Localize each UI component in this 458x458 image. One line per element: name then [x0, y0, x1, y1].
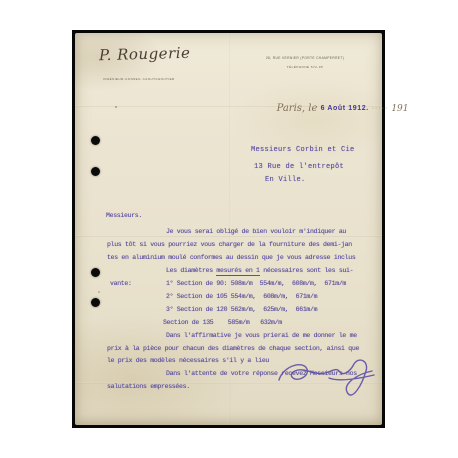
section-line: Section de 135 585m/m 632m/m — [163, 319, 282, 326]
section-line: 1° Section de 90: 508m/m 554m/m, 608m/m,… — [166, 280, 346, 287]
date-dots: ····· — [369, 105, 392, 112]
greeting: Messieurs. — [106, 212, 142, 219]
photo-of-letter: P. Rougerie INGÉNIEUR-CONSEIL CAOUTCHOUT… — [0, 0, 458, 458]
recipient-line: En Ville. — [265, 176, 306, 184]
letter-paper: P. Rougerie INGÉNIEUR-CONSEIL CAOUTCHOUT… — [75, 33, 382, 425]
punch-hole — [91, 167, 100, 176]
date-prefix: Paris, le — [277, 103, 321, 114]
section-line: 2° Section de 105 554m/m, 608m/m, 671m/m — [166, 293, 317, 300]
recipient-line: Messieurs Corbin et Cie — [251, 146, 355, 154]
body-line: Dans l'affirmative je vous prierai de me… — [166, 332, 357, 339]
paper-speck — [98, 291, 100, 293]
date-year-suffix: 191 — [391, 104, 408, 114]
letterhead-tagline: INGÉNIEUR-CONSEIL CAOUTCHOUTIER — [103, 77, 175, 81]
body-line: tes en aluminium moulé conformes au dess… — [107, 254, 355, 261]
underlined-text: mesurés en 1 — [216, 267, 259, 276]
date-stamp: 6 Août 1912. — [321, 105, 369, 112]
letterhead-telephone-line: TÉLÉPHONE 572-95 — [243, 65, 367, 69]
punch-hole — [91, 136, 100, 145]
paper-speck — [115, 106, 117, 108]
body-line: plus tôt si vous pourriez vous charger d… — [107, 241, 352, 248]
body-text: nécessaires sont les sui- — [260, 267, 354, 274]
punch-hole — [91, 298, 100, 307]
section-line: 3° Section de 120 562m/m, 625m/m, 661m/m — [166, 306, 317, 313]
recipient-line: 13 Rue de l'entrepôt — [254, 163, 344, 171]
body-line: salutations empressées. — [107, 383, 190, 390]
handwritten-signature — [273, 348, 383, 411]
date-line: Paris, le 6 Août 1912. ····· 191 — [241, 80, 409, 134]
letterhead-address-line: 28, RUE VERNIER (PORTE CHAMPERRET) — [243, 56, 367, 60]
body-line: Les diamètres mesurés en 1 nécessaires s… — [166, 267, 353, 274]
punch-hole — [91, 268, 100, 277]
body-line: Je vous serai obligé de bien vouloir m'i… — [166, 228, 346, 235]
body-line: le prix des modèles nécessaires s'il y a… — [107, 357, 269, 364]
black-backdrop: P. Rougerie INGÉNIEUR-CONSEIL CAOUTCHOUT… — [72, 30, 385, 428]
hanging-label: vante: — [110, 280, 132, 287]
letterhead-name: P. Rougerie — [99, 44, 191, 64]
body-text: Les diamètres — [166, 267, 216, 274]
